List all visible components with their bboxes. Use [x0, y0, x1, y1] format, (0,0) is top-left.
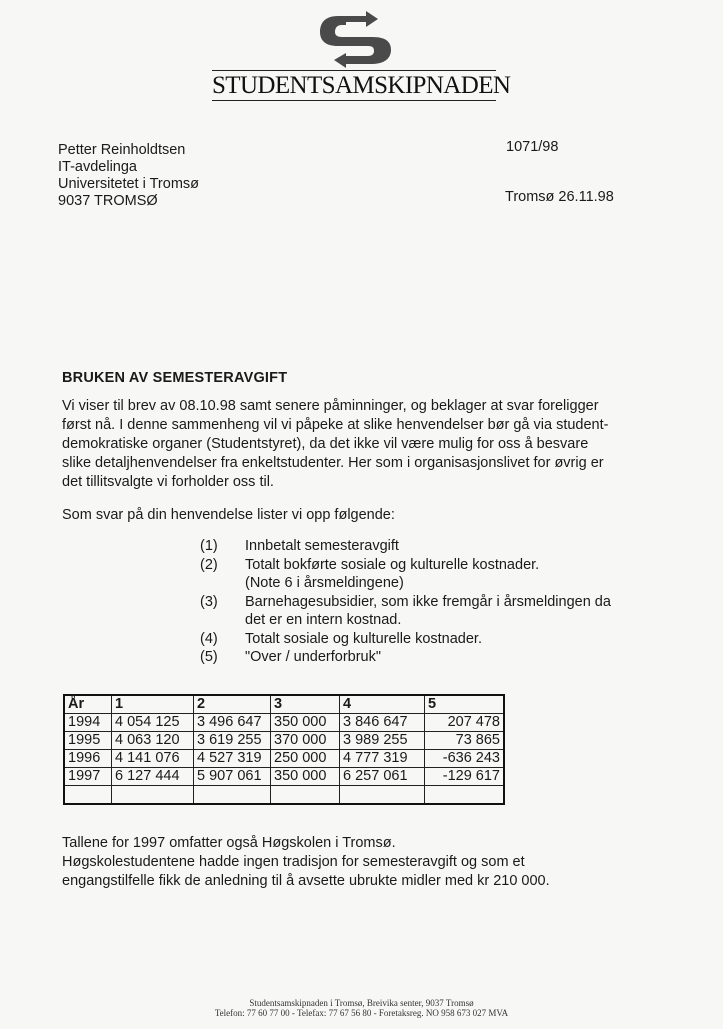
- recipient-institution: Universitetet i Tromsø: [58, 176, 199, 193]
- cell-year: 1996: [64, 750, 112, 768]
- legend-text: Innbetalt semesteravgift: [245, 537, 645, 556]
- table-row: 19954 063 1203 619 255370 0003 989 25573…: [64, 732, 504, 750]
- cell-value: 370 000: [271, 732, 340, 750]
- cell-value: 250 000: [271, 750, 340, 768]
- paragraph-line: først nå. I denne sammenheng vil vi påpe…: [62, 416, 662, 435]
- cell-year: 1994: [64, 714, 112, 732]
- legend-text-line: det er en intern kostnad.: [245, 611, 645, 630]
- legend-number: (3): [200, 593, 245, 630]
- header-col-3: 3: [271, 695, 340, 714]
- place-date: Tromsø 26.11.98: [505, 189, 614, 205]
- table-header-row: År 1 2 3 4 5: [64, 695, 504, 714]
- legend-text-line: (Note 6 i årsmeldingene): [245, 574, 645, 593]
- cell-value: -636 243: [425, 750, 505, 768]
- legend-number: (5): [200, 648, 245, 667]
- header-col-1: 1: [112, 695, 194, 714]
- empty-cell: [271, 786, 340, 805]
- legend-number: (4): [200, 630, 245, 649]
- cell-value: 207 478: [425, 714, 505, 732]
- footer-address: Studentsamskipnaden i Tromsø, Breivika s…: [0, 998, 723, 1008]
- legend-text: "Over / underforbruk": [245, 648, 645, 667]
- cell-value: 3 496 647: [194, 714, 271, 732]
- cell-value: 6 127 444: [112, 768, 194, 786]
- legend-number: (2): [200, 556, 245, 593]
- legend-item: (5) "Over / underforbruk": [200, 648, 645, 667]
- header-col-2: 2: [194, 695, 271, 714]
- body-paragraph: Vi viser til brev av 08.10.98 samt sener…: [62, 397, 662, 492]
- empty-cell: [64, 786, 112, 805]
- s-arrows-logo-icon: [316, 8, 396, 72]
- legend-number: (1): [200, 537, 245, 556]
- recipient-address: Petter Reinholdtsen IT-avdelinga Univers…: [58, 142, 199, 210]
- legend-item: (4) Totalt sosiale og kulturelle kostnad…: [200, 630, 645, 649]
- cell-value: 350 000: [271, 714, 340, 732]
- cell-value: 3 989 255: [340, 732, 425, 750]
- empty-cell: [340, 786, 425, 805]
- legend-text-line: Barnehagesubsidier, som ikke fremgår i å…: [245, 593, 645, 612]
- cell-value: 6 257 061: [340, 768, 425, 786]
- legend-item: (1) Innbetalt semesteravgift: [200, 537, 645, 556]
- legend-item: (2) Totalt bokførte sosiale og kulturell…: [200, 556, 645, 593]
- paragraph-line: Vi viser til brev av 08.10.98 samt sener…: [62, 397, 662, 416]
- cell-value: 350 000: [271, 768, 340, 786]
- empty-cell: [194, 786, 271, 805]
- note-line: engangstilfelle fikk de anledning til å …: [62, 872, 550, 891]
- empty-cell: [425, 786, 505, 805]
- cell-year: 1995: [64, 732, 112, 750]
- recipient-postal: 9037 TROMSØ: [58, 193, 199, 210]
- recipient-name: Petter Reinholdtsen: [58, 142, 199, 159]
- cell-value: 4 527 319: [194, 750, 271, 768]
- header-year: År: [64, 695, 112, 714]
- note-line: Tallene for 1997 omfatter også Høgskolen…: [62, 834, 550, 853]
- cell-value: 4 054 125: [112, 714, 194, 732]
- cell-value: 3 619 255: [194, 732, 271, 750]
- letter-footer: Studentsamskipnaden i Tromsø, Breivika s…: [0, 998, 723, 1018]
- cell-value: 4 141 076: [112, 750, 194, 768]
- list-intro: Som svar på din henvendelse lister vi op…: [62, 507, 395, 523]
- legend-text: Totalt sosiale og kulturelle kostnader.: [245, 630, 645, 649]
- footer-contact: Telefon: 77 60 77 00 - Telefax: 77 67 56…: [0, 1008, 723, 1018]
- table-spacer-row: [64, 786, 504, 805]
- empty-cell: [112, 786, 194, 805]
- cell-year: 1997: [64, 768, 112, 786]
- paragraph-line: slike detaljhenvendelser fra enkeltstude…: [62, 454, 662, 473]
- note-line: Høgskolestudentene hadde ingen tradisjon…: [62, 853, 550, 872]
- paragraph-line: det tillitsvalgte vi forholder oss til.: [62, 473, 662, 492]
- cell-value: 4 063 120: [112, 732, 194, 750]
- legend-item: (3) Barnehagesubsidier, som ikke fremgår…: [200, 593, 645, 630]
- cell-value: 73 865: [425, 732, 505, 750]
- legend-text-line: Totalt bokførte sosiale og kulturelle ko…: [245, 556, 645, 575]
- cell-value: -129 617: [425, 768, 505, 786]
- cell-value: 5 907 061: [194, 768, 271, 786]
- notes: Tallene for 1997 omfatter også Høgskolen…: [62, 834, 550, 891]
- column-legend: (1) Innbetalt semesteravgift (2) Totalt …: [200, 537, 645, 667]
- header-col-5: 5: [425, 695, 505, 714]
- table-row: 19964 141 0764 527 319250 0004 777 319-6…: [64, 750, 504, 768]
- table-row: 19944 054 1253 496 647350 0003 846 64720…: [64, 714, 504, 732]
- cost-table: År 1 2 3 4 5 19944 054 1253 496 647350 0…: [63, 694, 505, 805]
- subject-heading: BRUKEN AV SEMESTERAVGIFT: [62, 370, 287, 386]
- organization-name: STUDENTSAMSKIPNADEN: [212, 70, 496, 101]
- cell-value: 3 846 647: [340, 714, 425, 732]
- reference-number: 1071/98: [506, 139, 558, 155]
- header-col-4: 4: [340, 695, 425, 714]
- cell-value: 4 777 319: [340, 750, 425, 768]
- table-row: 19976 127 4445 907 061350 0006 257 061-1…: [64, 768, 504, 786]
- recipient-department: IT-avdelinga: [58, 159, 199, 176]
- legend-text: Totalt bokførte sosiale og kulturelle ko…: [245, 556, 645, 593]
- legend-text: Barnehagesubsidier, som ikke fremgår i å…: [245, 593, 645, 630]
- paragraph-line: demokratiske organer (Studentstyret), da…: [62, 435, 662, 454]
